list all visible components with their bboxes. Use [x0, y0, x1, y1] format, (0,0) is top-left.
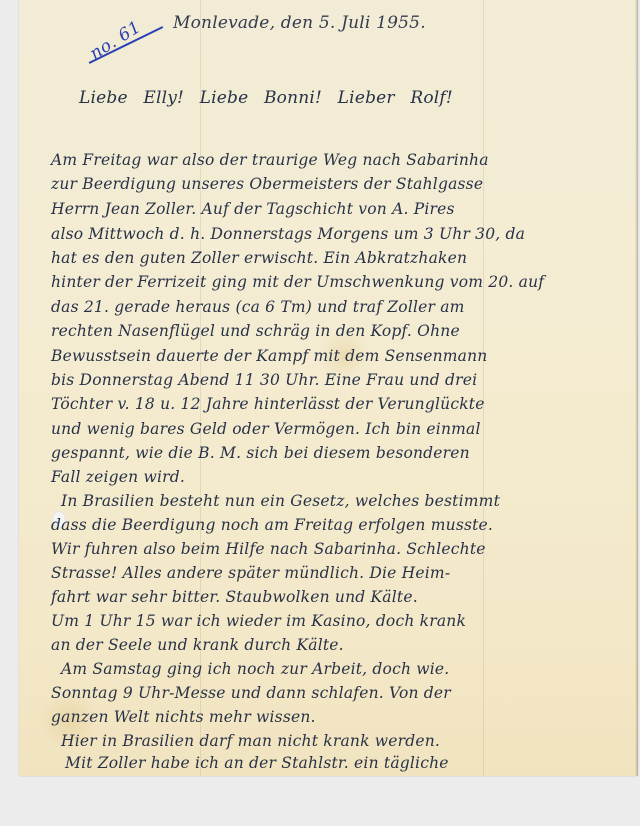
body-line: Hier in Brasilien darf man nicht krank w…: [61, 732, 440, 750]
body-line: Fall zeigen wird.: [51, 468, 185, 486]
archive-number-annotation: no. 61: [83, 26, 183, 86]
body-line: also Mittwoch d. h. Donnerstags Morgens …: [51, 225, 525, 243]
body-line: Am Samstag ging ich noch zur Arbeit, doc…: [61, 660, 449, 678]
body-line: zur Beerdigung unseres Obermeisters der …: [51, 175, 483, 193]
scanned-page: no. 61 Monlevade, den 5. Juli 1955. Lieb…: [0, 0, 640, 826]
body-line: Am Freitag war also der traurige Weg nac…: [51, 151, 489, 169]
body-line: an der Seele und krank durch Kälte.: [51, 636, 344, 654]
body-line: Um 1 Uhr 15 war ich wieder im Kasino, do…: [51, 612, 466, 630]
body-line: hinter der Ferrizeit ging mit der Umschw…: [51, 273, 544, 291]
fold-line: [483, 0, 484, 776]
body-line: rechten Nasenflügel und schräg in den Ko…: [51, 322, 460, 340]
body-line: fahrt war sehr bitter. Staubwolken und K…: [51, 588, 418, 606]
body-line: und wenig bares Geld oder Vermögen. Ich …: [51, 420, 481, 438]
body-line: das 21. gerade heraus (ca 6 Tm) und traf…: [51, 298, 465, 316]
body-line: Mit Zoller habe ich an der Stahlstr. ein…: [65, 754, 449, 772]
letter-sheet: no. 61 Monlevade, den 5. Juli 1955. Lieb…: [19, 0, 638, 776]
place-date: Monlevade, den 5. Juli 1955.: [173, 13, 426, 33]
body-line: gespannt, wie die B. M. sich bei diesem …: [51, 444, 470, 462]
body-line: Wir fuhren also beim Hilfe nach Sabarinh…: [51, 540, 486, 558]
body-line: Töchter v. 18 u. 12 Jahre hinterlässt de…: [51, 395, 485, 413]
salutation: Liebe Elly! Liebe Bonni! Lieber Rolf!: [79, 88, 453, 108]
body-line: bis Donnerstag Abend 11 30 Uhr. Eine Fra…: [51, 371, 477, 389]
body-line: hat es den guten Zoller erwischt. Ein Ab…: [51, 249, 467, 267]
body-line: Strasse! Alles andere später mündlich. D…: [51, 564, 450, 582]
body-line: Bewusstsein dauerte der Kampf mit dem Se…: [51, 347, 487, 365]
body-line: ganzen Welt nichts mehr wissen.: [51, 708, 316, 726]
body-line: Sonntag 9 Uhr-Messe und dann schlafen. V…: [51, 684, 451, 702]
body-line: dass die Beerdigung noch am Freitag erfo…: [51, 516, 493, 534]
body-line: In Brasilien besteht nun ein Gesetz, wel…: [61, 492, 500, 510]
body-line: Herrn Jean Zoller. Auf der Tagschicht vo…: [51, 200, 455, 218]
